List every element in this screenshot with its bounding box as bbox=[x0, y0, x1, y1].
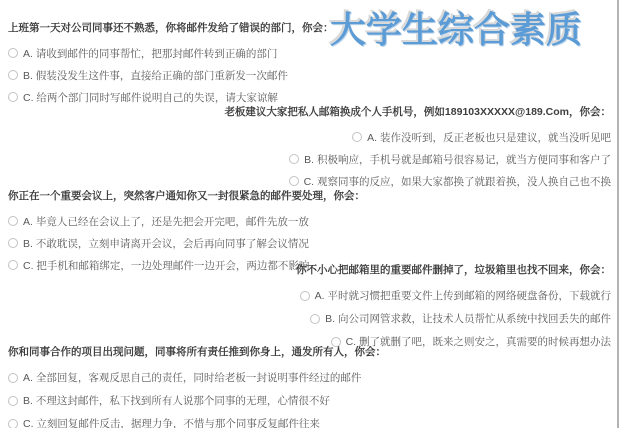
question-3-option-a[interactable]: A. 毕竟人已经在会议上了，还是先把会开完吧，邮件先放一放 bbox=[8, 210, 365, 232]
option-label[interactable]: A. 全部回复，客观反思自己的责任，同时给老板一封说明事件经过的邮件 bbox=[23, 370, 361, 385]
question-1-option-a[interactable]: A. 请收到邮件的同事帮忙，把那封邮件转到正确的部门 bbox=[8, 42, 334, 64]
radio-icon[interactable] bbox=[352, 132, 362, 142]
option-label[interactable]: A. 平时就习惯把重要文件上传到邮箱的网络硬盘备份，下载就行 bbox=[315, 288, 611, 303]
option-label[interactable]: B. 积极响应，手机号就是邮箱号很容易记，就当方便同事和客户了 bbox=[304, 152, 611, 167]
question-5: 你和同事合作的项目出现问题，同事将所有责任推到你身上，通发所有人，你会： A. … bbox=[8, 345, 386, 428]
radio-icon[interactable] bbox=[8, 419, 18, 428]
option-label[interactable]: C. 给两个部门同时写邮件说明自己的失误，请大家谅解 bbox=[23, 90, 278, 105]
option-label[interactable]: A. 装作没听到，反正老板也只是建议，就当没听见吧 bbox=[367, 130, 611, 145]
survey-page: 大学生综合素质 上班第一天对公司同事还不熟悉，你将邮件发给了错误的部门，你会： … bbox=[0, 0, 626, 428]
question-4-title: 你不小心把邮箱里的重要邮件删掉了，垃圾箱里也找不回来，你会： bbox=[296, 263, 611, 277]
radio-icon[interactable] bbox=[8, 396, 18, 406]
question-3-title: 你正在一个重要会议上，突然客户通知你又一封很紧急的邮件要处理，你会： bbox=[8, 189, 365, 203]
page-right-border bbox=[617, 0, 619, 428]
radio-icon[interactable] bbox=[289, 176, 299, 186]
question-4: 你不小心把邮箱里的重要邮件删掉了，垃圾箱里也找不回来，你会： A. 平时就习惯把… bbox=[296, 263, 611, 353]
question-2-option-a[interactable]: A. 装作没听到，反正老板也只是建议，就当没听见吧 bbox=[224, 126, 611, 148]
question-5-title: 你和同事合作的项目出现问题，同事将所有责任推到你身上，通发所有人，你会： bbox=[8, 345, 386, 359]
option-label[interactable]: C. 立刻回复邮件反击，据理力争，不惜与那个同事反复邮件往来 bbox=[23, 416, 320, 428]
radio-icon[interactable] bbox=[310, 314, 320, 324]
radio-icon[interactable] bbox=[8, 238, 18, 248]
option-label[interactable]: B. 不理这封邮件，私下找到所有人说那个同事的无理，心情很不好 bbox=[23, 393, 330, 408]
question-2-title: 老板建议大家把私人邮箱换成个人手机号，例如189103XXXXX@189.Com… bbox=[224, 105, 611, 119]
question-5-option-b[interactable]: B. 不理这封邮件，私下找到所有人说那个同事的无理，心情很不好 bbox=[8, 389, 386, 412]
option-label[interactable]: C. 把手机和邮箱绑定，一边处理邮件一边开会，两边都不影响 bbox=[23, 258, 309, 273]
question-1: 上班第一天对公司同事还不熟悉，你将邮件发给了错误的部门，你会： A. 请收到邮件… bbox=[8, 21, 334, 108]
question-2: 老板建议大家把私人邮箱换成个人手机号，例如189103XXXXX@189.Com… bbox=[224, 105, 611, 192]
question-1-title: 上班第一天对公司同事还不熟悉，你将邮件发给了错误的部门，你会： bbox=[8, 21, 334, 35]
question-3-option-b[interactable]: B. 不敢耽误，立刻申请离开会议，会后再向同事了解会议情况 bbox=[8, 232, 365, 254]
radio-icon[interactable] bbox=[8, 260, 18, 270]
radio-icon[interactable] bbox=[8, 373, 18, 383]
question-4-option-a[interactable]: A. 平时就习惯把重要文件上传到邮箱的网络硬盘备份，下载就行 bbox=[296, 284, 611, 307]
option-label[interactable]: B. 假装没发生这件事，直接给正确的部门重新发一次邮件 bbox=[23, 68, 288, 83]
option-label[interactable]: C. 观察同事的反应，如果大家都换了就跟着换，没人换自己也不换 bbox=[304, 174, 611, 189]
question-5-options: A. 全部回复，客观反思自己的责任，同时给老板一封说明事件经过的邮件 B. 不理… bbox=[8, 366, 386, 428]
question-1-options: A. 请收到邮件的同事帮忙，把那封邮件转到正确的部门 B. 假装没发生这件事，直… bbox=[8, 42, 334, 108]
page-title: 大学生综合素质 bbox=[330, 2, 582, 53]
option-label[interactable]: B. 向公司网管求救，让技术人员帮忙从系统中找回丢失的邮件 bbox=[325, 311, 611, 326]
option-label[interactable]: A. 请收到邮件的同事帮忙，把那封邮件转到正确的部门 bbox=[23, 46, 277, 61]
question-2-options: A. 装作没听到，反正老板也只是建议，就当没听见吧 B. 积极响应，手机号就是邮… bbox=[224, 126, 611, 192]
question-4-options: A. 平时就习惯把重要文件上传到邮箱的网络硬盘备份，下载就行 B. 向公司网管求… bbox=[296, 284, 611, 353]
question-2-option-b[interactable]: B. 积极响应，手机号就是邮箱号很容易记，就当方便同事和客户了 bbox=[224, 148, 611, 170]
question-1-option-b[interactable]: B. 假装没发生这件事，直接给正确的部门重新发一次邮件 bbox=[8, 64, 334, 86]
radio-icon[interactable] bbox=[8, 92, 18, 102]
radio-icon[interactable] bbox=[8, 48, 18, 58]
radio-icon[interactable] bbox=[300, 291, 310, 301]
radio-icon[interactable] bbox=[8, 70, 18, 80]
radio-icon[interactable] bbox=[8, 216, 18, 226]
question-5-option-a[interactable]: A. 全部回复，客观反思自己的责任，同时给老板一封说明事件经过的邮件 bbox=[8, 366, 386, 389]
question-4-option-b[interactable]: B. 向公司网管求救，让技术人员帮忙从系统中找回丢失的邮件 bbox=[296, 307, 611, 330]
question-5-option-c[interactable]: C. 立刻回复邮件反击，据理力争，不惜与那个同事反复邮件往来 bbox=[8, 412, 386, 428]
option-label[interactable]: B. 不敢耽误，立刻申请离开会议，会后再向同事了解会议情况 bbox=[23, 236, 309, 251]
option-label[interactable]: A. 毕竟人已经在会议上了，还是先把会开完吧，邮件先放一放 bbox=[23, 214, 309, 229]
radio-icon[interactable] bbox=[289, 154, 299, 164]
